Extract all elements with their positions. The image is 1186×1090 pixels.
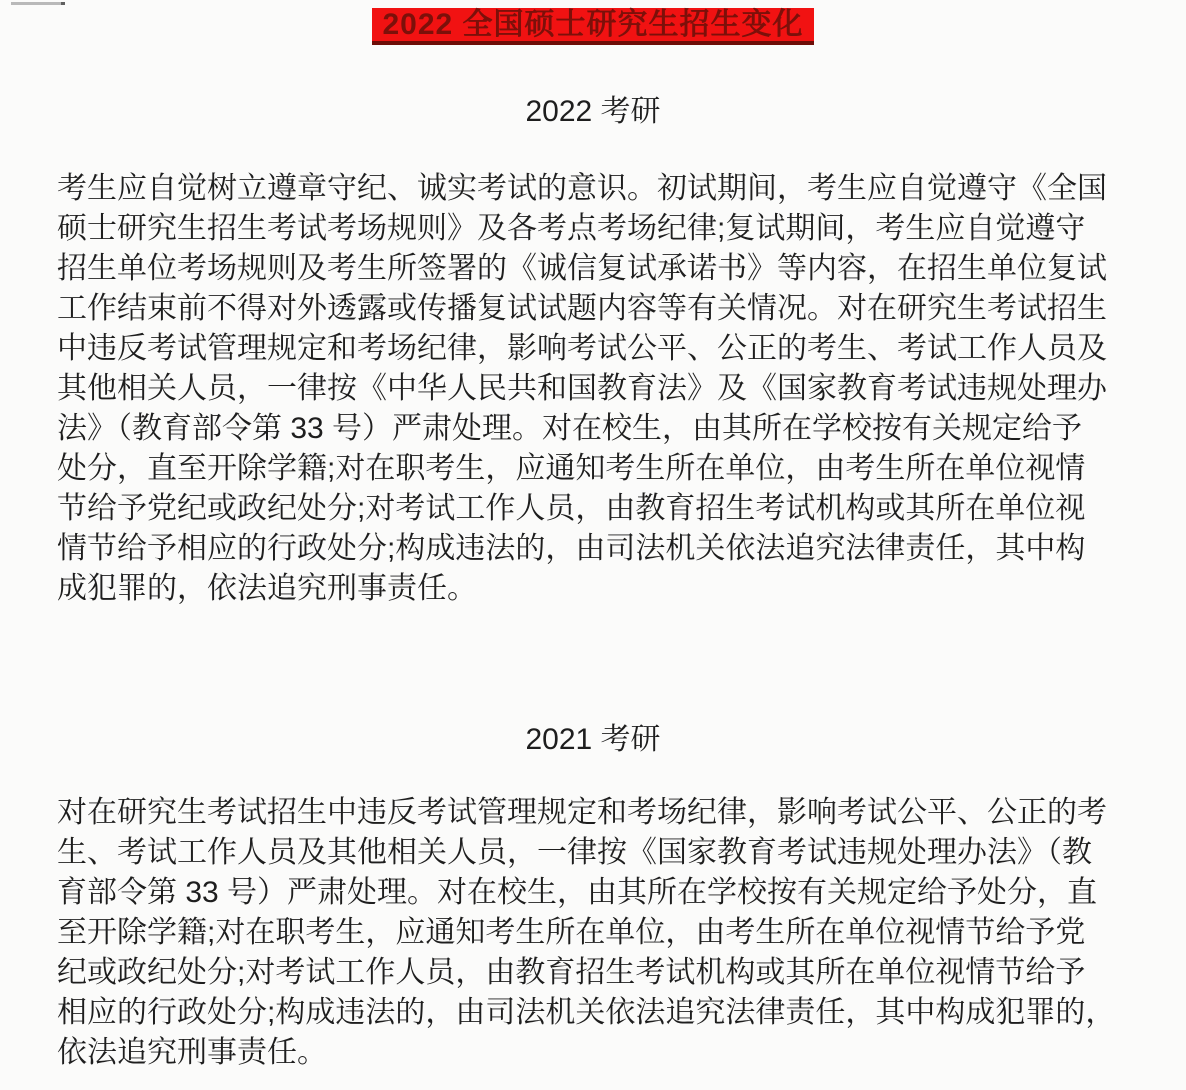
page-title: 2022 全国硕士研究生招生变化 <box>372 8 813 45</box>
scan-artifact-line <box>11 2 65 5</box>
document-page: 2022 全国硕士研究生招生变化 2022 考研 考生应自觉树立遵章守纪、诚实考… <box>0 0 1186 1090</box>
section-body-2021: 对在研究生考试招生中违反考试管理规定和考场纪律，影响考试公平、公正的考 生、考试… <box>57 793 1157 1073</box>
section-heading-2021: 2021 考研 <box>0 719 1186 761</box>
section-body-2022: 考生应自觉树立遵章守纪、诚实考试的意识。初试期间，考生应自觉遵守《全国 硕士研究… <box>57 169 1157 609</box>
doc-title-row: 2022 全国硕士研究生招生变化 <box>0 0 1186 45</box>
section-heading-2022: 2022 考研 <box>0 91 1186 133</box>
